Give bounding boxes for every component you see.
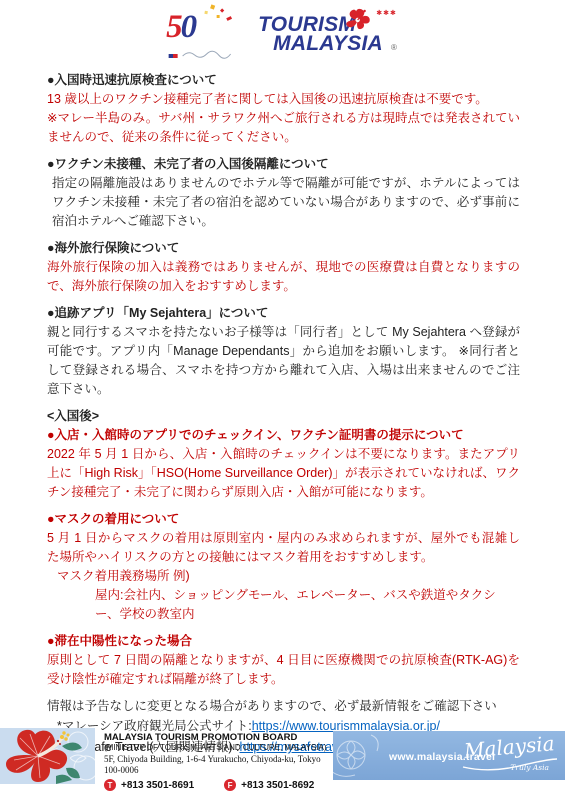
section-checkin-vaccine-certificate: ●入店・入館時のアプリでのチェックイン、ワクチン証明書の提示について 2022 … [47, 426, 520, 502]
telephone-icon: T [104, 779, 116, 791]
anniversary-50-text: 50 [166, 9, 242, 45]
section-mysejahtera-app: ●追跡アプリ「My Sejahtera」について 親と同行するスマホを持たないお… [47, 304, 520, 399]
malaysia-text: MALAYSIA [273, 34, 383, 53]
section-heading: ●入店・入館時のアプリでのチェックイン、ワクチン証明書の提示について [47, 426, 520, 445]
malaysia-truly-asia-logo: Malaysia Truly Asia [454, 733, 559, 779]
promotion-board-info: MALAYSIA TOURISM PROMOTION BOARD (MINIST… [104, 732, 334, 791]
confetti-icon [204, 11, 207, 14]
section-heading: ●マスクの着用について [47, 510, 520, 529]
fax-icon: F [224, 779, 236, 791]
section-paragraph: 原則として 7 日間の隔離となりますが、4 日目に医療機関での抗原検査(RTK-… [47, 651, 520, 689]
section-mask-rules: ●マスクの着用について 5 月 1 日からマスクの着用は原則室内・屋内のみ求めら… [47, 510, 520, 624]
truly-asia-text: Truly Asia [510, 763, 549, 772]
anniversary-small-print [168, 47, 240, 65]
office-address: 5F, Chiyoda Building, 1-6-4 Yurakucho, C… [104, 754, 334, 776]
fax-number: +813 3501-8692 [241, 780, 314, 791]
three-stars-icon: ✱✱✱ [376, 9, 397, 17]
section-paragraph: 13 歳以上のワクチン接種完了者に関しては入国後の迅速抗原検査は不要です。 [47, 90, 520, 109]
section-paragraph: 海外旅行保険の加入は義務ではありませんが、現地での医療費は自費となりますので、海… [47, 258, 520, 296]
malaysia-travel-banner: www.malaysia.travel Malaysia Truly Asia [333, 731, 565, 780]
tourism-malaysia-logo: 50 TOURISM MALAYSIA [166, 9, 399, 63]
disclaimer-text: 情報は予告なしに変更となる場合がありますので、必ず最新情報をご確認下さい [47, 697, 520, 716]
section-paragraph: 指定の隔離施設はありませんのでホテル等で隔離が可能ですが、ホテルによってはワクチ… [47, 174, 520, 231]
section-heading: ●入国時迅速抗原検査について [47, 71, 520, 90]
section-heading: ●滞在中陽性になった場合 [47, 632, 520, 651]
ministry-name: (MINISTRY OF TOURISM, ARTS AND CULTURE, … [104, 743, 334, 753]
section-paragraph: ※マレー半島のみ。サバ州・サラワク州へご旅行される方は現時点では発表されていませ… [47, 109, 520, 147]
hibiscus-icon [342, 7, 372, 33]
flag-strip-icon [168, 54, 177, 58]
telephone: T +813 3501-8691 [104, 779, 194, 791]
section-paragraph: 屋内:会社内、ショッピングモール、エレベーター、バスや鉄道やタクシー、学校の教室… [47, 586, 520, 624]
tourism-malaysia-wordmark: TOURISM MALAYSIA ✱✱✱ ® [258, 9, 399, 53]
org-name: MALAYSIA TOURISM PROMOTION BOARD [104, 732, 334, 743]
50th-anniversary-logo-icon: 50 [166, 9, 242, 63]
script-squiggle-icon [180, 48, 232, 60]
page-header: 50 TOURISM MALAYSIA [0, 0, 565, 71]
confetti-icon [216, 15, 219, 18]
section-positive-during-stay: ●滞在中陽性になった場合 原則として 7 日間の隔離となりますが、4 日目に医療… [47, 632, 520, 689]
section-paragraph: 親と同行するスマホを持たないお子様等は「同行者」として My Sejahtera… [47, 323, 520, 399]
section-paragraph: マスク着用義務場所 例) [47, 567, 520, 586]
after-entry-label: <入国後> [47, 407, 520, 426]
section-paragraph: 2022 年 5 月 1 日から、入店・入館時のチェックインは不要になります。ま… [47, 445, 520, 502]
section-heading: ●海外旅行保険について [47, 239, 520, 258]
hibiscus-photo [0, 728, 95, 784]
section-heading: ●ワクチン未接種、未完了者の入国後隔離について [47, 155, 520, 174]
section-heading: ●追跡アプリ「My Sejahtera」について [47, 304, 520, 323]
telephone-number: +813 3501-8691 [121, 780, 194, 791]
registered-mark: ® [391, 43, 397, 52]
section-paragraph: 5 月 1 日からマスクの着用は原則室内・屋内のみ求められますが、屋外でも混雑し… [47, 529, 520, 567]
document-body: ●入国時迅速抗原検査について 13 歳以上のワクチン接種完了者に関しては入国後の… [0, 71, 565, 758]
section-unvaccinated-quarantine: ●ワクチン未接種、未完了者の入国後隔離について 指定の隔離施設はありませんのでホ… [47, 155, 520, 231]
page-footer: MALAYSIA TOURISM PROMOTION BOARD (MINIST… [0, 726, 565, 792]
section-travel-insurance: ●海外旅行保険について 海外旅行保険の加入は義務ではありませんが、現地での医療費… [47, 239, 520, 296]
phone-numbers: T +813 3501-8691 F +813 3501-8692 [104, 779, 334, 791]
section-rapid-antigen-test: ●入国時迅速抗原検査について 13 歳以上のワクチン接種完了者に関しては入国後の… [47, 71, 520, 147]
fax: F +813 3501-8692 [224, 779, 314, 791]
flower-outline-icon [333, 731, 397, 780]
